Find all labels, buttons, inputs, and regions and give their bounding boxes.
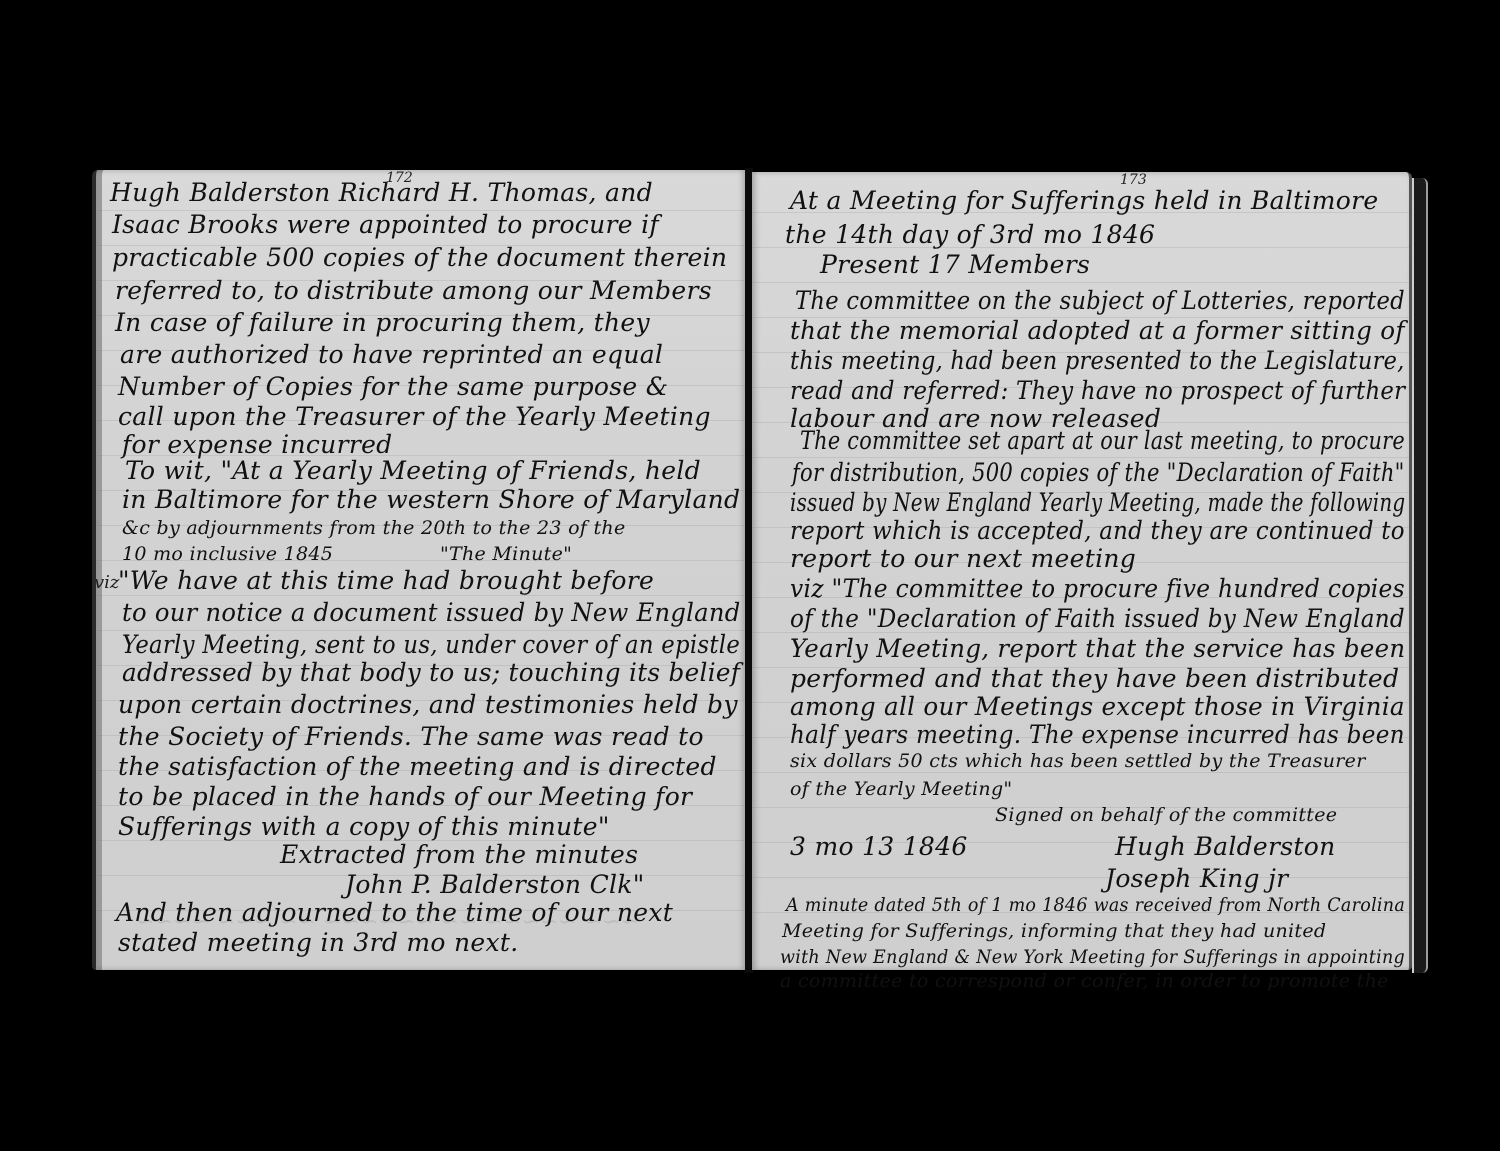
text-line: call upon the Treasurer of the Yearly Me…	[118, 404, 711, 429]
text-line: report which is accepted, and they are c…	[790, 518, 1405, 543]
signature-line: Joseph King jr	[1105, 866, 1288, 891]
signature-line: John P. Balderston Clk"	[345, 872, 645, 897]
page-edge-stack	[1412, 178, 1428, 973]
text-line: Sufferings with a copy of this minute"	[118, 814, 610, 839]
text-line: a committee to correspond or confer, in …	[780, 972, 1389, 991]
text-line: among all our Meetings except those in V…	[790, 694, 1405, 719]
text-line: the satisfaction of the meeting and is d…	[118, 754, 717, 779]
text-line: The committee set apart at our last meet…	[800, 428, 1405, 453]
text-line: practicable 500 copies of the document t…	[112, 245, 727, 270]
margin-note-viz: viz	[94, 572, 119, 593]
book-spread: ~~~ ~~~~~ ~~ ~~~~~~ ~~ ~~~ ~~~~ 172 173 …	[0, 0, 1500, 1151]
text-line: &c by adjournments from the 20th to the …	[122, 519, 626, 538]
text-line: read and referred: They have no prospect…	[790, 378, 1405, 403]
text-line: in Baltimore for the western Shore of Ma…	[122, 487, 740, 512]
text-line: stated meeting in 3rd mo next.	[118, 930, 519, 955]
text-line: six dollars 50 cts which has been settle…	[790, 752, 1366, 771]
text-line: issued by New England Yearly Meeting, ma…	[790, 490, 1405, 515]
text-line: Isaac Brooks were appointed to procure i…	[112, 212, 659, 237]
text-line: upon certain doctrines, and testimonies …	[118, 692, 738, 717]
text-line: Yearly Meeting, sent to us, under cover …	[122, 632, 740, 657]
text-line: are authorized to have reprinted an equa…	[120, 342, 663, 367]
text-line: viz "The committee to procure five hundr…	[790, 576, 1405, 601]
text-line: And then adjourned to the time of our ne…	[116, 900, 673, 925]
text-line: To wit, "At a Yearly Meeting of Friends,…	[125, 458, 701, 483]
text-line: Signed on behalf of the committee	[995, 806, 1337, 825]
text-line: Meeting for Sufferings, informing that t…	[782, 922, 1326, 941]
text-line: Present 17 Members	[820, 252, 1090, 277]
text-line: performed and that they have been distri…	[790, 666, 1399, 691]
text-line: A minute dated 5th of 1 mo 1846 was rece…	[786, 896, 1405, 915]
signature-line: Hugh Balderston	[1115, 834, 1336, 859]
text-line: to be placed in the hands of our Meeting…	[118, 784, 692, 809]
text-line: for distribution, 500 copies of the "Dec…	[792, 460, 1405, 485]
text-line: 10 mo inclusive 1845	[122, 545, 333, 564]
text-line: referred to, to distribute among our Mem…	[115, 278, 712, 303]
text-line: to our notice a document issued by New E…	[122, 600, 741, 625]
date-line: 3 mo 13 1846	[790, 834, 968, 859]
text-line: with New England & New York Meeting for …	[780, 948, 1405, 967]
text-line: that the memorial adopted at a former si…	[790, 318, 1405, 343]
text-line: The committee on the subject of Lotterie…	[795, 288, 1405, 313]
the-minute-label: "The Minute"	[440, 545, 572, 564]
text-line: this meeting, had been presented to the …	[790, 348, 1405, 373]
text-line: for expense incurred	[122, 432, 392, 457]
text-line: Extracted from the minutes	[280, 842, 638, 867]
text-line: report to our next meeting	[790, 546, 1136, 571]
heading-line: At a Meeting for Sufferings held in Balt…	[790, 188, 1379, 213]
text-line: of the Yearly Meeting"	[790, 780, 1012, 799]
text-line: the Society of Friends. The same was rea…	[118, 724, 704, 749]
text-line: "We have at this time had brought before	[118, 568, 654, 593]
text-line: of the "Declaration of Faith issued by N…	[790, 606, 1405, 631]
text-line: Number of Copies for the same purpose &	[118, 374, 668, 399]
text-line: the 14th day of 3rd mo 1846	[785, 222, 1155, 247]
text-line: In case of failure in procuring them, th…	[115, 310, 650, 335]
text-line: half years meeting. The expense incurred…	[790, 722, 1405, 747]
text-line: Hugh Balderston Richard H. Thomas, and	[110, 180, 653, 205]
text-line: Yearly Meeting, report that the service …	[790, 636, 1405, 661]
text-line: addressed by that body to us; touching i…	[122, 660, 740, 685]
